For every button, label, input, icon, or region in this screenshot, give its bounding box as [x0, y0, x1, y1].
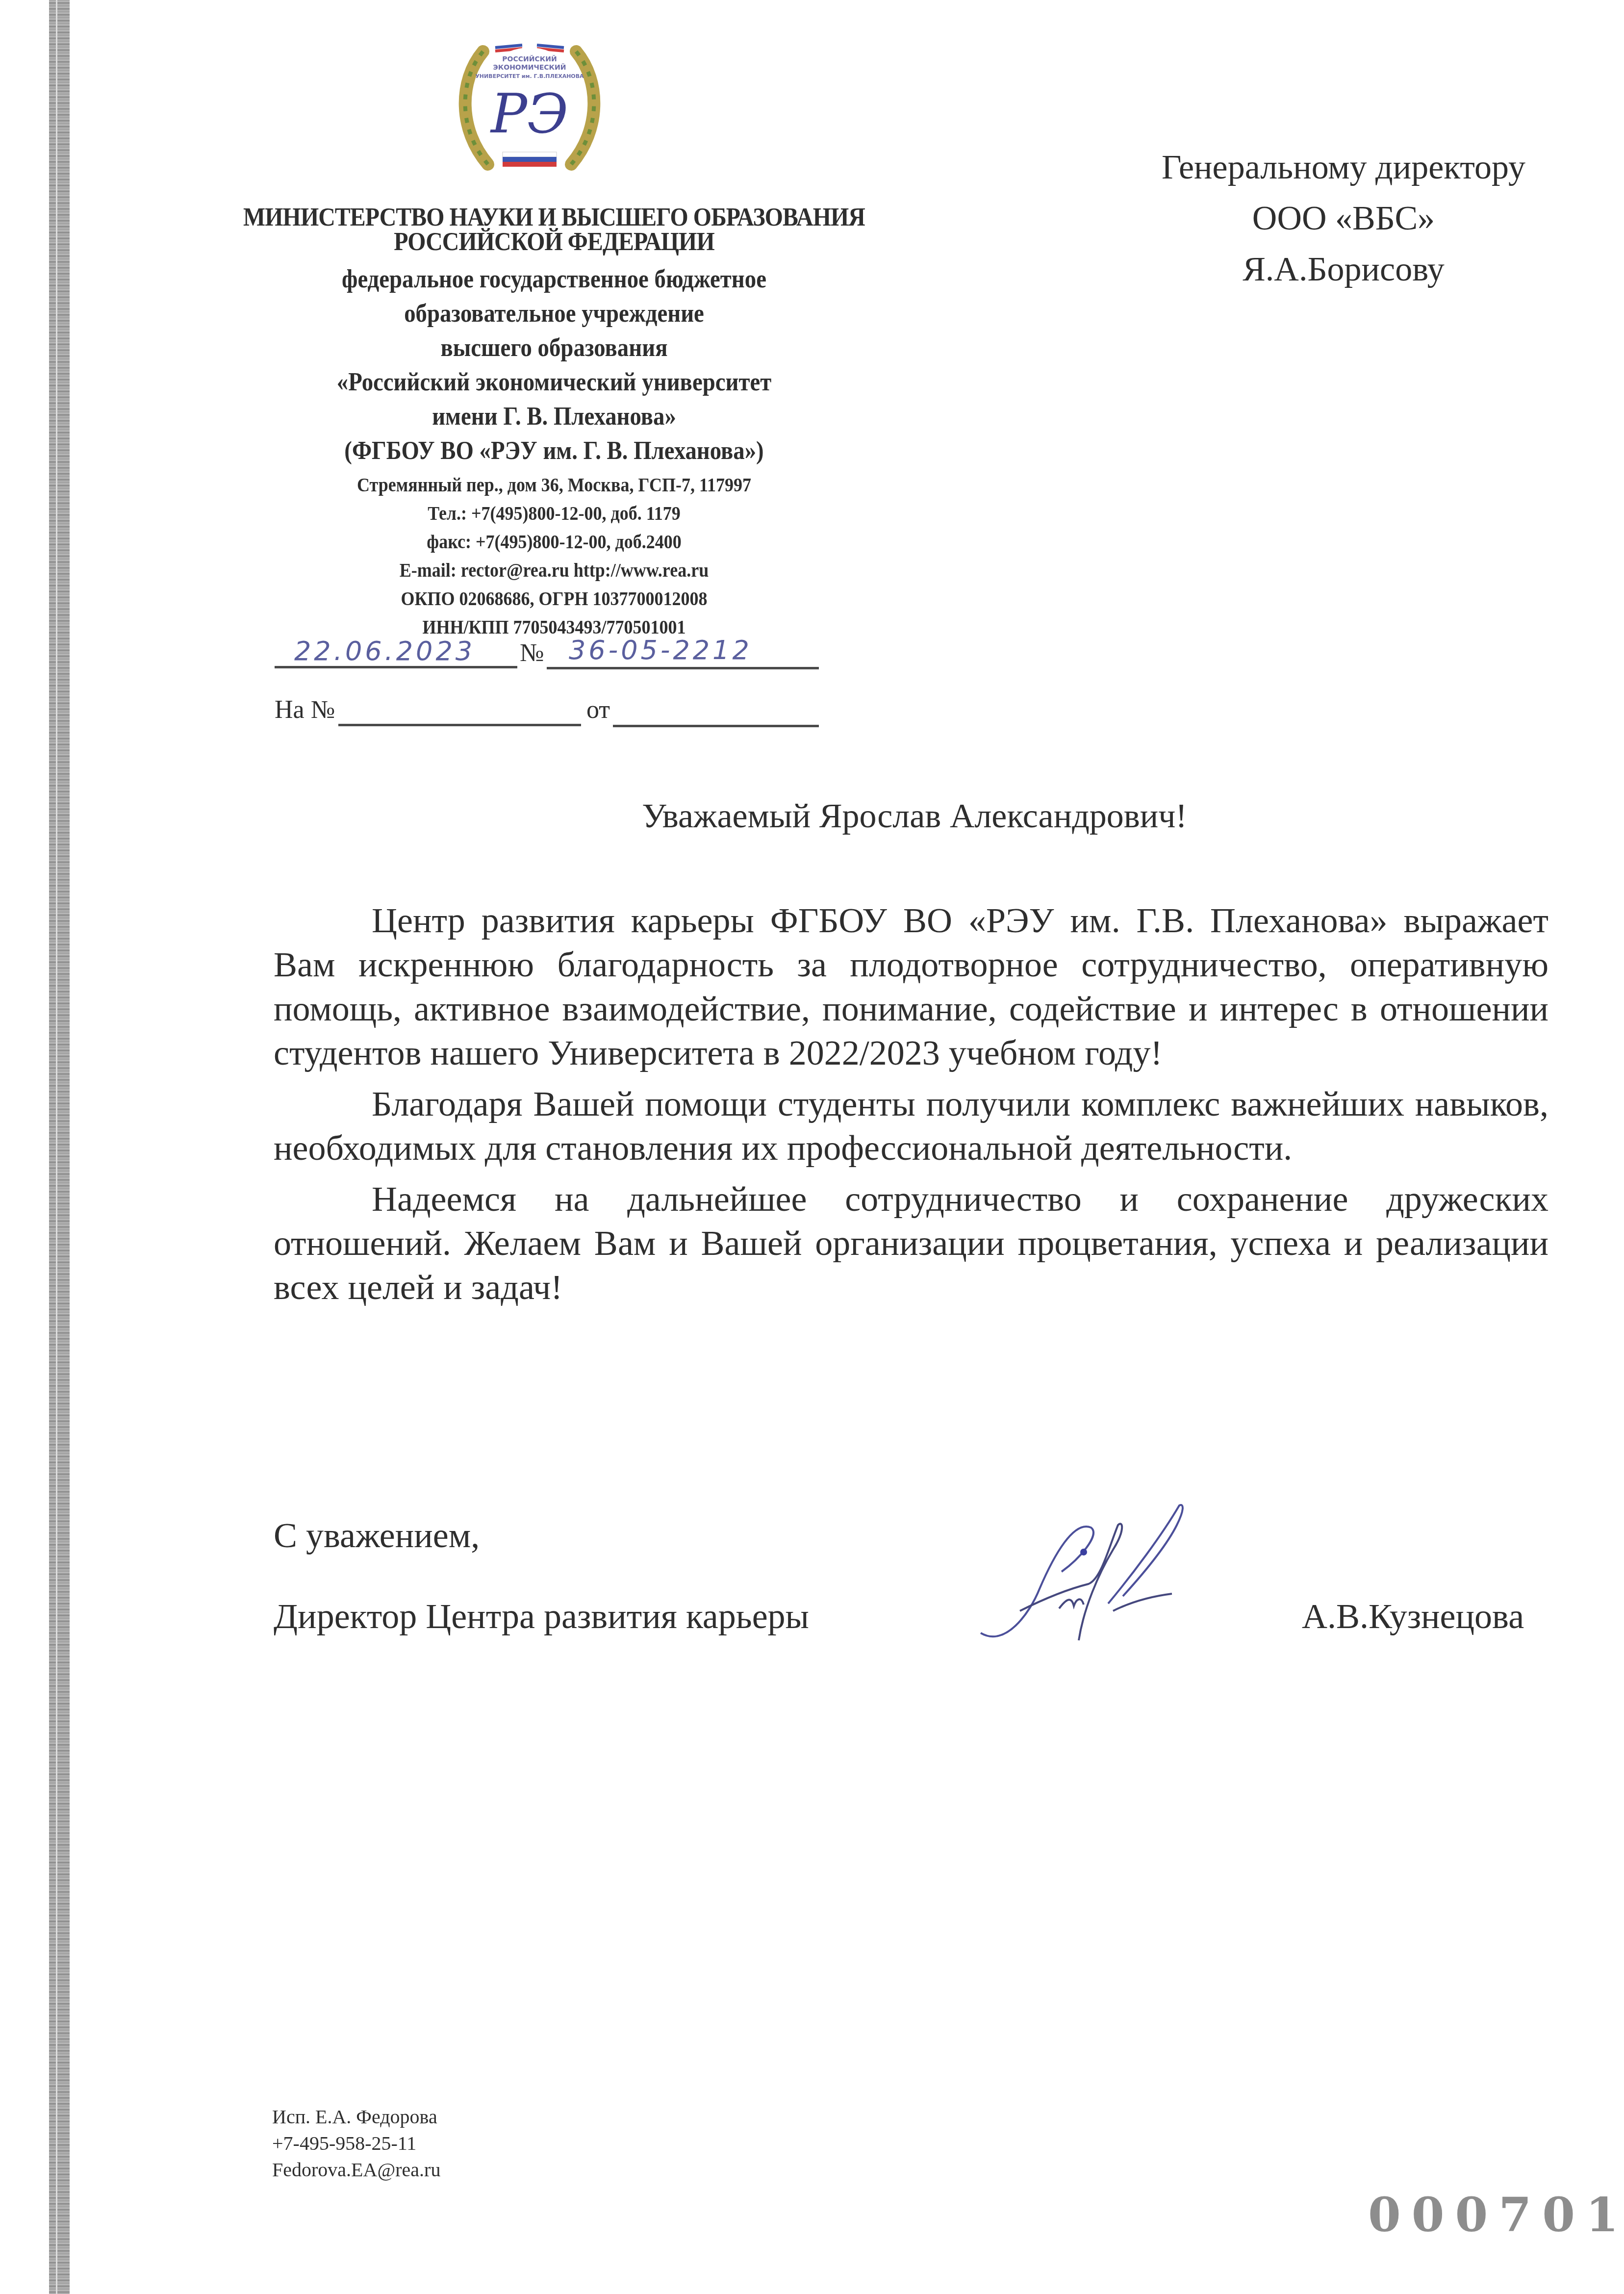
- org-line: (ФГБОУ ВО «РЭУ им. Г. В. Плеханова»): [223, 438, 885, 464]
- addressee-company: ООО «ВБС»: [1103, 193, 1584, 244]
- org-line: имени Г. В. Плеханова»: [223, 404, 885, 430]
- university-emblem-icon: РОССИЙСКИЙ ЭКОНОМИЧЕСКИЙ УНИВЕРСИТЕТ им.…: [449, 22, 610, 184]
- addressee-block: Генеральному директору ООО «ВБС» Я.А.Бор…: [1103, 142, 1584, 295]
- body-paragraph: Надеемся на дальнейшее сотрудничество и …: [274, 1177, 1548, 1309]
- svg-text:ЭКОНОМИЧЕСКИЙ: ЭКОНОМИЧЕСКИЙ: [493, 63, 566, 72]
- outgoing-number: 36-05-2212: [569, 635, 752, 665]
- org-line: образовательное учреждение: [223, 301, 885, 327]
- number-label: №: [520, 638, 544, 667]
- org-line: высшего образования: [223, 335, 885, 361]
- fax: факс: +7(495)800-12-00, доб.2400: [294, 528, 814, 556]
- serial-number-stamp: 00070162: [1368, 2187, 1624, 2243]
- executor-email: Fedorova.EA@rea.ru: [272, 2157, 440, 2183]
- svg-text:РОССИЙСКИЙ: РОССИЙСКИЙ: [502, 55, 557, 63]
- reply-reference-line: На № от: [275, 695, 819, 730]
- letterhead-organization: МИНИСТЕРСТВО НАУКИ И ВЫСШЕГО ОБРАЗОВАНИЯ…: [186, 205, 922, 464]
- handwritten-signature-icon: [961, 1491, 1206, 1653]
- letter-body: Центр развития карьеры ФГБОУ ВО «РЭУ им.…: [274, 898, 1548, 1309]
- svg-text:УНИВЕРСИТЕТ им. Г.В.ПЛЕХАНОВА: УНИВЕРСИТЕТ им. Г.В.ПЛЕХАНОВА: [475, 73, 584, 79]
- ministry-line-2: РОССИЙСКОЙ ФЕДЕРАЦИИ: [216, 229, 892, 255]
- letterhead-contacts: Стремянный пер., дом 36, Москва, ГСП-7, …: [265, 471, 843, 641]
- addressee-name: Я.А.Борисову: [1103, 244, 1584, 295]
- body-paragraph: Благодаря Вашей помощи студенты получили…: [274, 1082, 1548, 1170]
- org-line: «Российский экономический университет: [223, 370, 885, 395]
- executor-name: Исп. Е.А. Федорова: [272, 2104, 440, 2130]
- signer-title: Директор Центра развития карьеры: [274, 1596, 809, 1637]
- executor-info: Исп. Е.А. Федорова +7-495-958-25-11 Fedo…: [272, 2104, 440, 2183]
- org-line: федеральное государственное бюджетное: [223, 267, 885, 292]
- executor-phone: +7-495-958-25-11: [272, 2130, 440, 2157]
- email-and-website: E-mail: rector@rea.ru http://www.rea.ru: [294, 556, 814, 585]
- addressee-position: Генеральному директору: [1103, 142, 1584, 193]
- address: Стремянный пер., дом 36, Москва, ГСП-7, …: [294, 471, 814, 499]
- registration-line: 22.06.2023 № 36-05-2212: [275, 637, 819, 667]
- closing-phrase: С уважением,: [274, 1515, 480, 1556]
- ministry-line-1: МИНИСТЕРСТВО НАУКИ И ВЫСШЕГО ОБРАЗОВАНИЯ: [216, 205, 892, 230]
- greeting: Уважаемый Ярослав Александрович!: [588, 797, 1241, 836]
- reply-from-label: от: [586, 695, 610, 724]
- signer-name: А.В.Кузнецова: [1302, 1596, 1524, 1637]
- body-paragraph: Центр развития карьеры ФГБОУ ВО «РЭУ им.…: [274, 898, 1548, 1075]
- phone: Тел.: +7(495)800-12-00, доб. 1179: [294, 499, 814, 528]
- reply-number-label: На №: [275, 695, 335, 724]
- outgoing-date: 22.06.2023: [294, 636, 475, 666]
- scan-edge-strip: [49, 0, 70, 2294]
- okpo-ogrn: ОКПО 02068686, ОГРН 1037700012008: [294, 585, 814, 613]
- svg-text:РЭ: РЭ: [490, 82, 568, 145]
